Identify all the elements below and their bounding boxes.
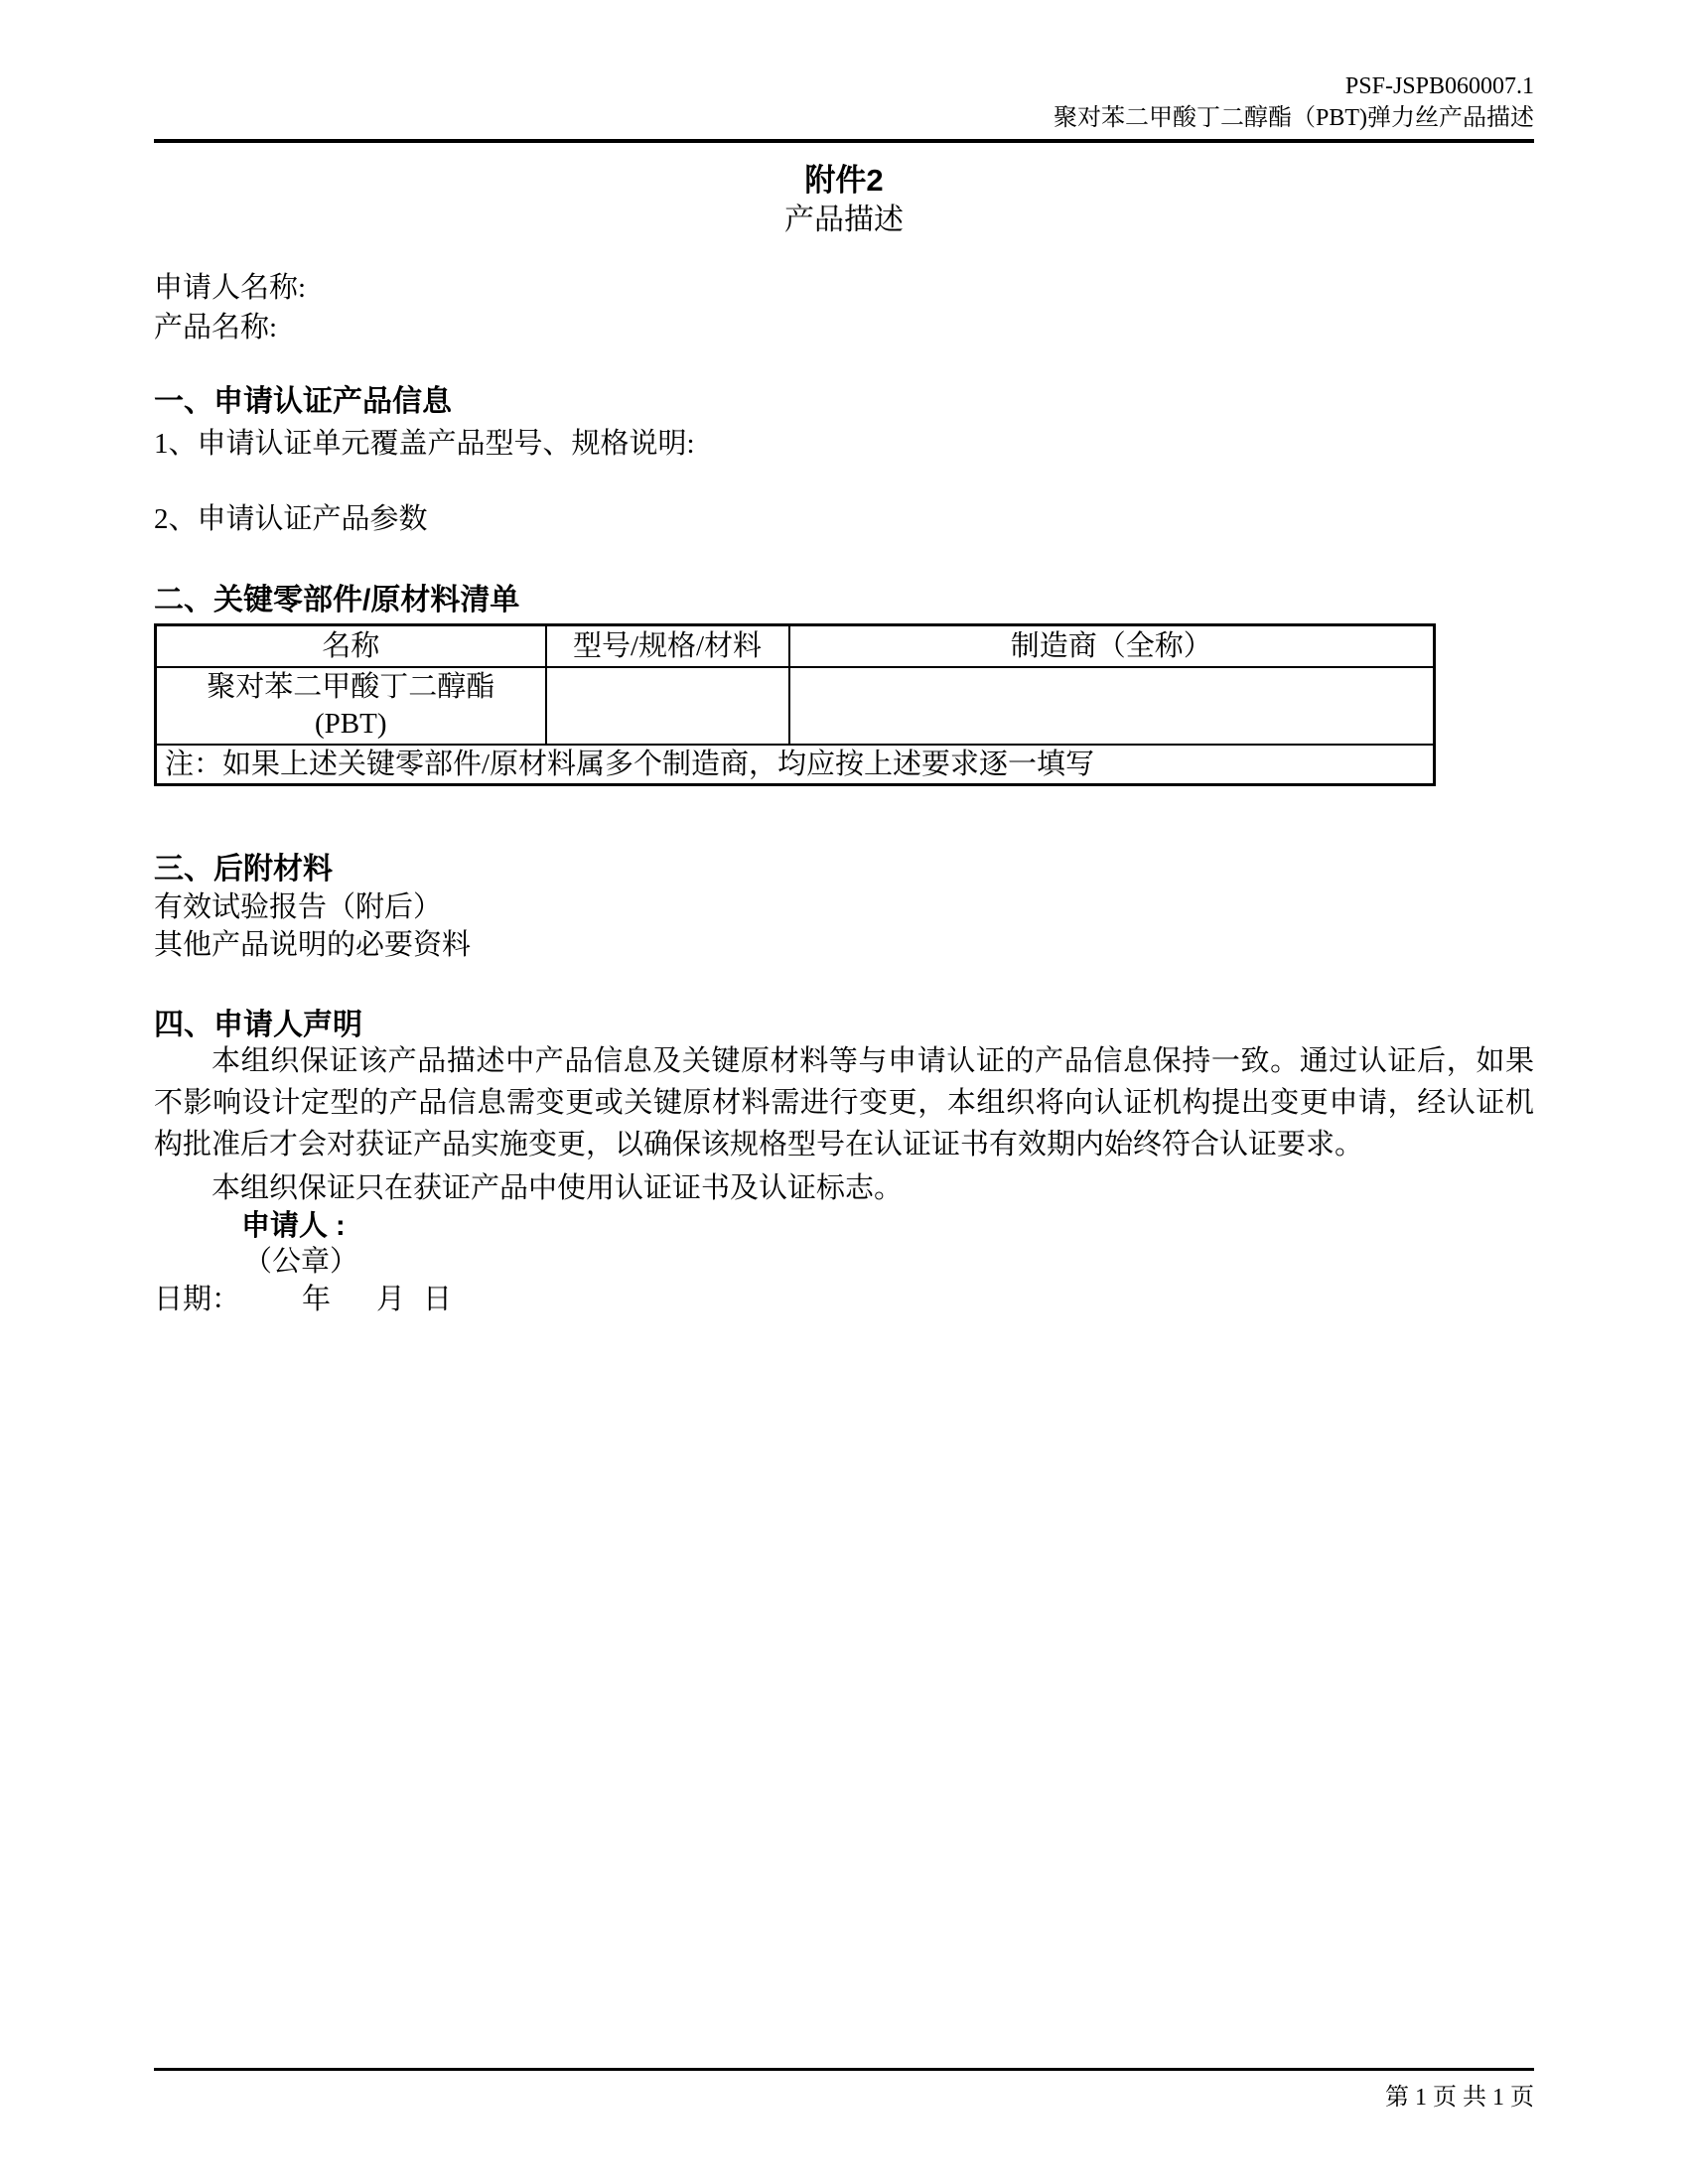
date-label: 日期： (154, 1284, 240, 1315)
table-note-row: 注：如果上述关键零部件/原材料属多个制造商，均应按上述要求逐一填写 (156, 745, 1435, 785)
table-note: 注：如果上述关键零部件/原材料属多个制造商，均应按上述要求逐一填写 (156, 745, 1435, 785)
product-name-label: 产品名称: (154, 308, 1534, 347)
page-title: 产品描述 (154, 195, 1534, 238)
header-doc-title: 聚对苯二甲酸丁二醇酯（PBT)弹力丝产品描述 (154, 103, 1534, 133)
official-seal-label: （公章） (243, 1239, 839, 1280)
footer-rule (154, 2068, 1534, 2071)
applicant-name-label: 申请人名称: (154, 268, 1534, 308)
key-parts-table-wrap: 名称 型号/规格/材料 制造商（全称） 聚对苯二甲酸丁二醇酯 (PBT) 注：如… (154, 623, 1534, 786)
section1-item1: 1、申请认证单元覆盖产品型号、规格说明: (154, 424, 1534, 464)
year-label: 年 (302, 1284, 331, 1315)
cell-model (546, 667, 789, 745)
attachment-title: 附件2 (154, 155, 1534, 200)
col-header-name: 名称 (156, 625, 546, 668)
cell-material-name: 聚对苯二甲酸丁二醇酯 (PBT) (156, 667, 546, 745)
month-label: 月 (376, 1284, 405, 1315)
col-header-model: 型号/规格/材料 (546, 625, 789, 668)
header-doc-code: PSF-JSPB060007.1 (154, 71, 1534, 101)
section3-line2: 其他产品说明的必要资料 (154, 925, 1534, 965)
section1-item2: 2、申请认证产品参数 (154, 499, 1534, 539)
table-row: 聚对苯二甲酸丁二醇酯 (PBT) (156, 667, 1435, 745)
material-name-line1: 聚对苯二甲酸丁二醇酯 (157, 669, 545, 706)
day-label: 日 (423, 1284, 452, 1315)
section2-heading: 二、关键零部件/原材料清单 (154, 582, 1534, 619)
date-line: 日期：年月日 (154, 1277, 1534, 1317)
col-header-manufacturer: 制造商（全称） (789, 625, 1435, 668)
section4-heading: 四、申请人声明 (154, 1007, 1534, 1044)
document-page: PSF-JSPB060007.1 聚对苯二甲酸丁二醇酯（PBT)弹力丝产品描述 … (0, 0, 1688, 2184)
footer-page-info: 第 1 页 共 1 页 (154, 2077, 1534, 2112)
applicant-signature-label: 申请人 : (241, 1203, 837, 1244)
section3-heading: 三、后附材料 (154, 851, 1534, 888)
key-parts-table: 名称 型号/规格/材料 制造商（全称） 聚对苯二甲酸丁二醇酯 (PBT) 注：如… (154, 623, 1436, 786)
header-rule (154, 139, 1534, 143)
section3-line1: 有效试验报告（附后） (154, 887, 1534, 927)
table-header-row: 名称 型号/规格/材料 制造商（全称） (156, 625, 1435, 668)
material-name-line2: (PBT) (157, 706, 545, 743)
section1-heading: 一、申请认证产品信息 (154, 383, 1534, 421)
declaration-paragraph-1: 本组织保证该产品描述中产品信息及关键原材料等与申请认证的产品信息保持一致。通过认… (154, 1040, 1534, 1165)
cell-manufacturer (789, 667, 1435, 745)
